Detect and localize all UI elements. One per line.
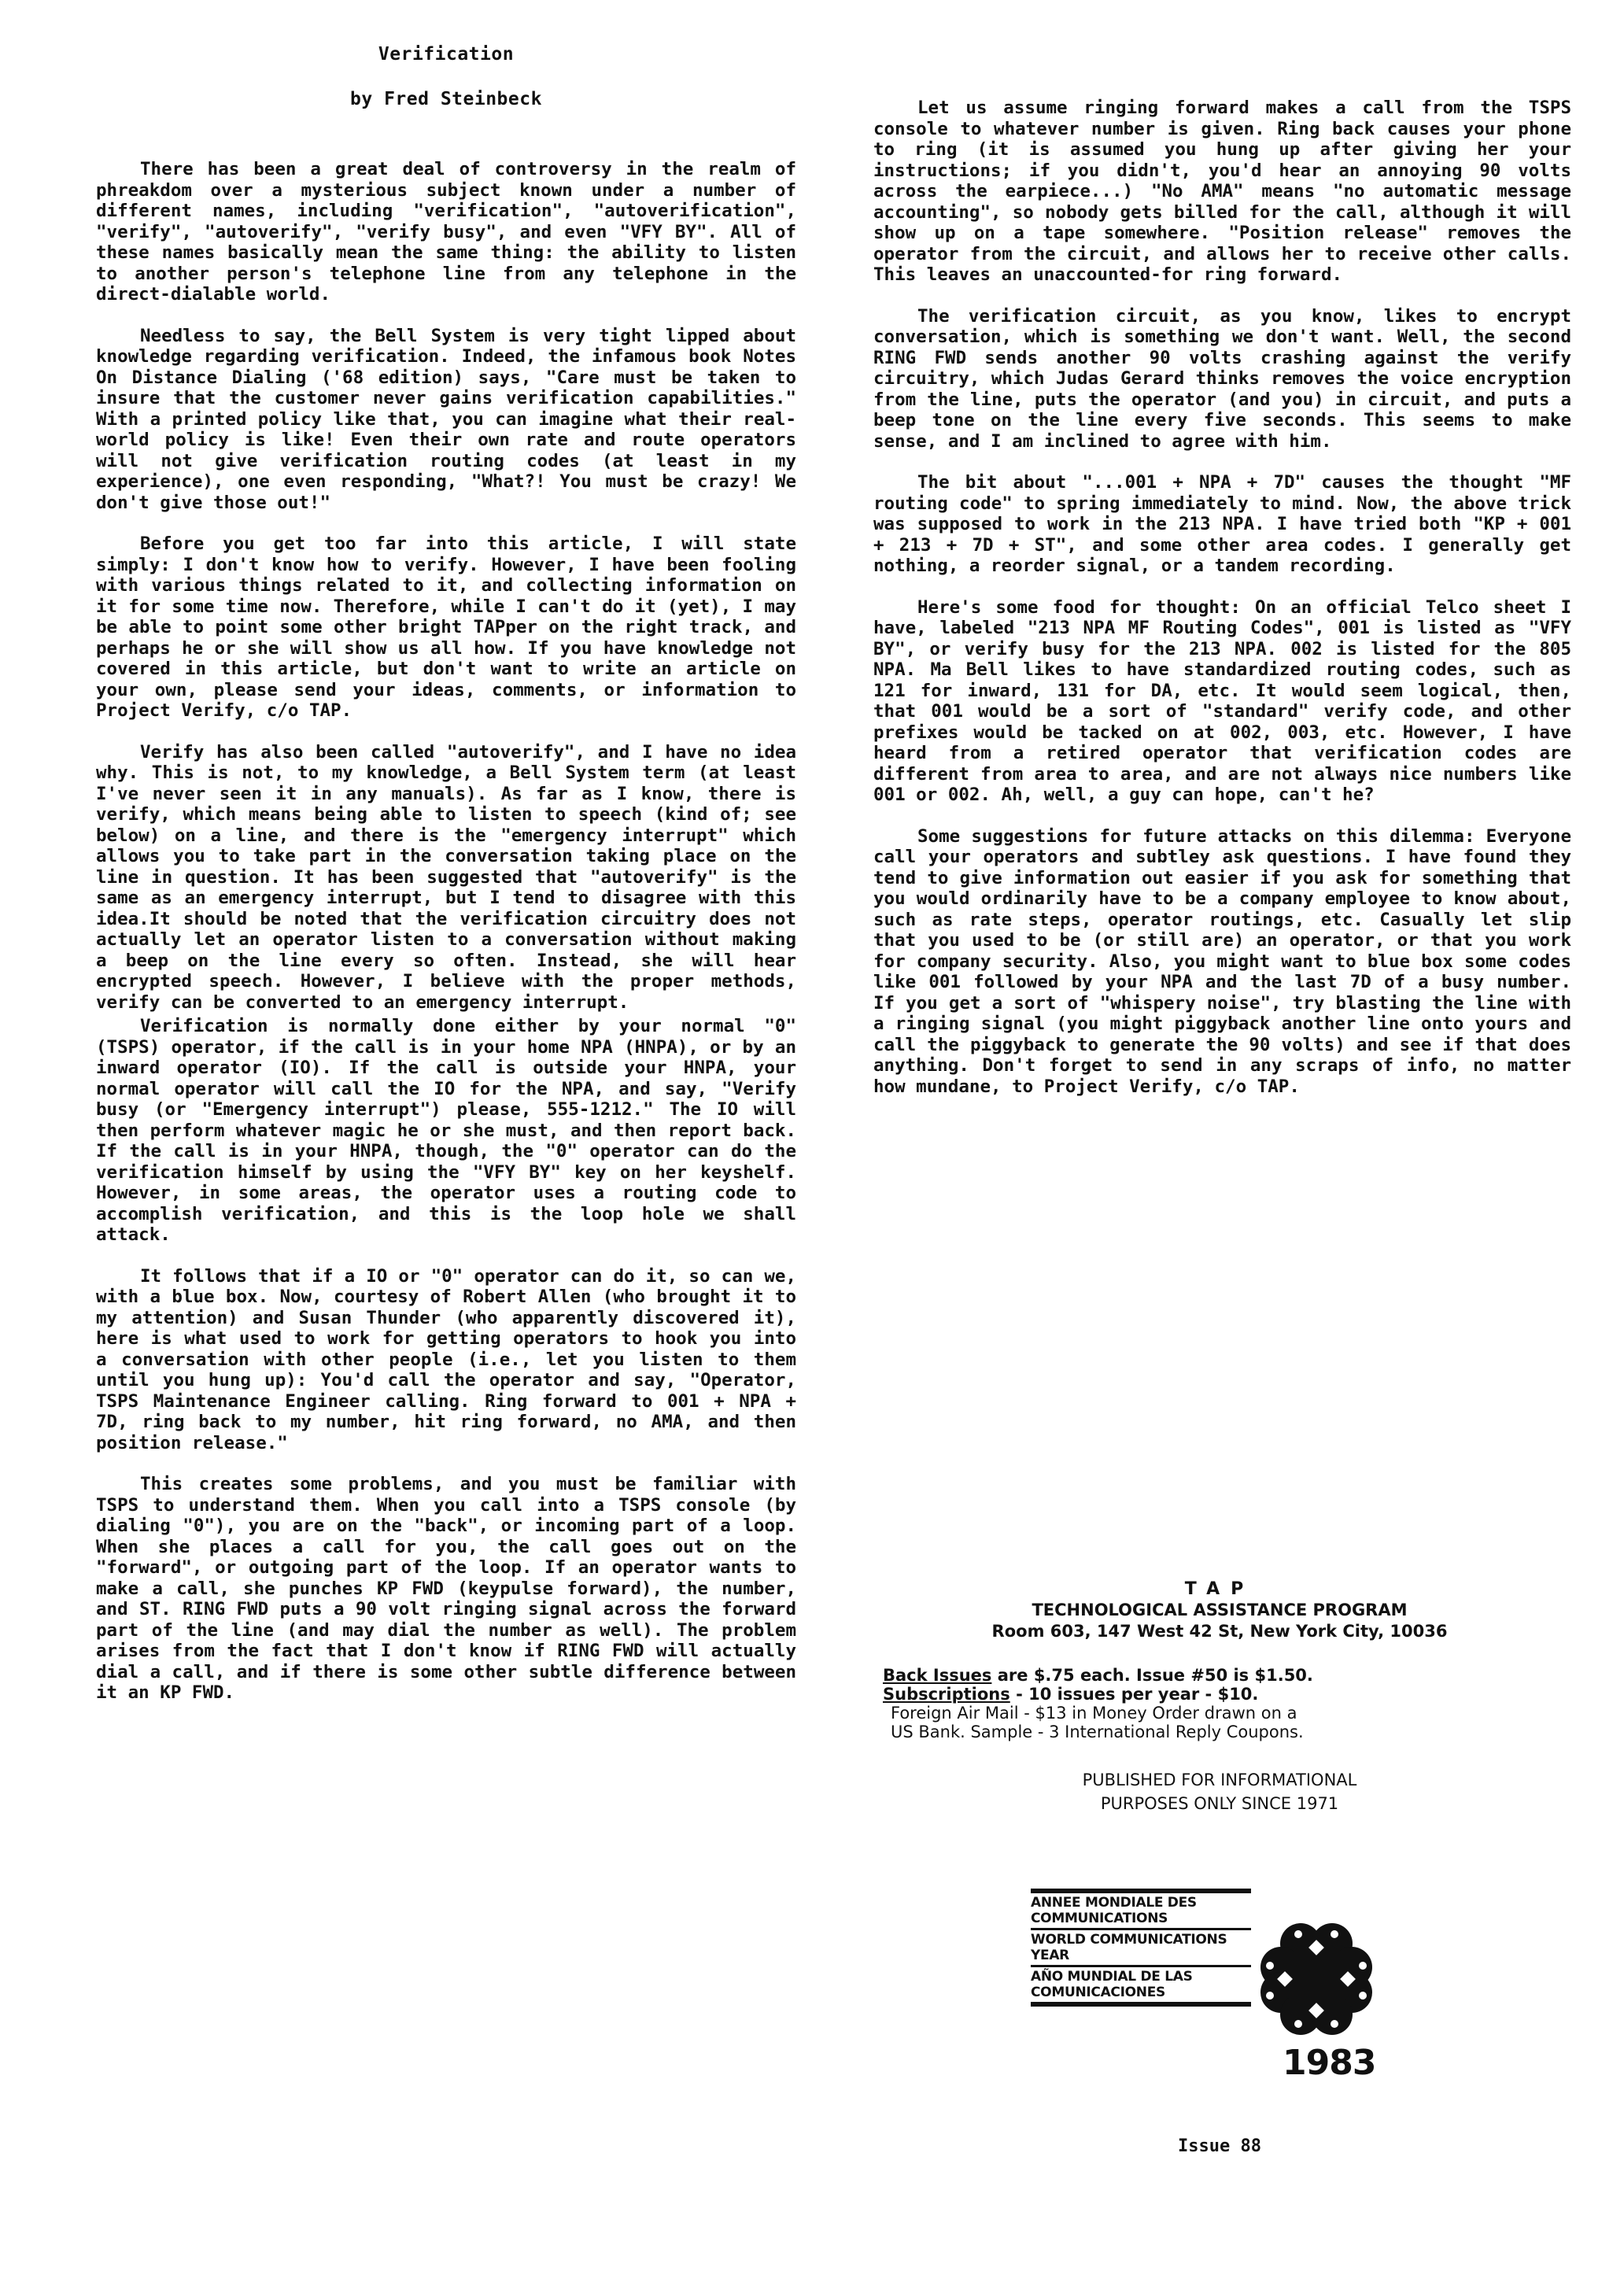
- emphasized-text: Project Verify: [96, 700, 245, 721]
- paragraph-text: The verification circuit, as you know, l…: [873, 306, 1571, 452]
- logo-label-en: World Communications Year: [1031, 1930, 1251, 1965]
- knot-emblem-icon: [1257, 1920, 1375, 2038]
- article-paragraph: It follows that if a IO or "0" operator …: [96, 1266, 796, 1454]
- article-paragraph: Let us assume ringing forward makes a ca…: [873, 98, 1571, 286]
- article-byline: by Fred Steinbeck: [96, 89, 796, 109]
- back-issues-text: are $.75 each. Issue #50 is $1.50.: [991, 1666, 1312, 1685]
- article-paragraph: Verify has also been called "autoverify"…: [96, 742, 796, 1014]
- article-paragraph: The verification circuit, as you know, l…: [873, 306, 1571, 452]
- article-paragraph: Needless to say, the Bell System is very…: [96, 326, 796, 514]
- publication-notice-line-1: PUBLISHED FOR INFORMATIONAL: [873, 1768, 1566, 1792]
- pricing-info: Back Issues are $.75 each. Issue #50 is …: [873, 1666, 1566, 1741]
- paragraph-text: It follows that if a IO or "0" operator …: [96, 1266, 796, 1453]
- paragraph-text: Verify has also been called "autoverify"…: [96, 742, 796, 1013]
- paragraph-text: There has been a great deal of controver…: [96, 159, 796, 305]
- article-column-left: There has been a great deal of controver…: [96, 159, 796, 1704]
- paragraph-spacer: [96, 513, 796, 534]
- paragraph-text: The bit about "...001 + NPA + 7D" causes…: [873, 472, 1571, 576]
- paragraph-text: Some suggestions for future attacks on t…: [873, 826, 1571, 1097]
- tap-name: TAP: [873, 1579, 1566, 1600]
- foreign-mail-line-2: US Bank. Sample - 3 International Reply …: [883, 1723, 1566, 1741]
- article-paragraph: There has been a great deal of controver…: [96, 159, 796, 305]
- paragraph-text: Verification is normally done either by …: [96, 1016, 796, 1245]
- paragraph-text: Here's some food for thought: On an offi…: [873, 597, 1571, 806]
- emphasized-text: TAP: [1257, 1076, 1290, 1097]
- article-paragraph: Before you get too far into this article…: [96, 534, 796, 722]
- logo-labels: Annee Mondiale des Communications World …: [1031, 1889, 1251, 2007]
- emphasized-text: Project Verify: [1044, 1076, 1194, 1097]
- paragraph-spacer: [96, 305, 796, 326]
- subscriptions-label: Subscriptions: [883, 1685, 1010, 1704]
- issue-number: Issue 88: [873, 2136, 1566, 2156]
- paragraph-text: Needless to say, the Bell System is very…: [96, 326, 796, 367]
- tap-address: Room 603, 147 West 42 St, New York City,…: [873, 1621, 1566, 1642]
- article-title: Verification: [96, 44, 796, 65]
- logo-label-es: Año Mundial de las Comunicaciones: [1031, 1967, 1251, 2002]
- tap-full-name: TECHNOLOGICAL ASSISTANCE PROGRAM: [873, 1600, 1566, 1621]
- world-communications-year-logo: Annee Mondiale des Communications World …: [1031, 1889, 1440, 2030]
- article-paragraph: This creates some problems, and you must…: [96, 1474, 796, 1704]
- paragraph-spacer: [873, 286, 1571, 306]
- paragraph-text: ('68 edition) says, "Care must be taken …: [96, 367, 796, 513]
- paragraph-spacer: [873, 806, 1571, 826]
- article-column-right: Let us assume ringing forward makes a ca…: [873, 98, 1571, 1097]
- logo-label-fr: Annee Mondiale des Communications: [1031, 1893, 1251, 1928]
- logo-rule: [1031, 2002, 1251, 2007]
- paragraph-spacer: [96, 1453, 796, 1474]
- paragraph-spacer: [96, 722, 796, 742]
- paragraph-text: Let us assume ringing forward makes a ca…: [873, 98, 1571, 285]
- publication-notice-line-2: PURPOSES ONLY SINCE 1971: [873, 1792, 1566, 1815]
- paragraph-spacer: [873, 577, 1571, 597]
- paragraph-text: This creates some problems, and you must…: [96, 1474, 796, 1641]
- emphasized-text: may: [342, 1620, 375, 1641]
- article-paragraph: The bit about "...001 + NPA + 7D" causes…: [873, 472, 1571, 577]
- article-paragraph: Verification is normally done either by …: [96, 1016, 796, 1246]
- paragraph-text: , c/o: [245, 700, 309, 721]
- paragraph-spacer: [96, 1246, 796, 1266]
- subscriptions-text: - 10 issues per year - $10.: [1010, 1685, 1259, 1704]
- paragraph-spacer: [873, 452, 1571, 472]
- tap-masthead: TAP TECHNOLOGICAL ASSISTANCE PROGRAM Roo…: [873, 1579, 1566, 1815]
- back-issues-line: Back Issues are $.75 each. Issue #50 is …: [883, 1666, 1566, 1685]
- article-paragraph: Some suggestions for future attacks on t…: [873, 826, 1571, 1098]
- paragraph-text: .: [341, 700, 352, 721]
- logo-year: 1983: [1283, 2043, 1375, 2083]
- foreign-mail-line-1: Foreign Air Mail - $13 in Money Order dr…: [883, 1704, 1566, 1723]
- emphasized-text: TAP: [309, 700, 341, 721]
- paragraph-text: .: [1289, 1076, 1300, 1097]
- emphasized-text: TAP: [474, 617, 506, 637]
- publication-notice: PUBLISHED FOR INFORMATIONAL PURPOSES ONL…: [873, 1768, 1566, 1815]
- article-paragraph: Here's some food for thought: On an offi…: [873, 597, 1571, 806]
- subscriptions-line: Subscriptions - 10 issues per year - $10…: [883, 1685, 1566, 1704]
- back-issues-label: Back Issues: [883, 1666, 991, 1685]
- paragraph-text: , c/o: [1193, 1076, 1257, 1097]
